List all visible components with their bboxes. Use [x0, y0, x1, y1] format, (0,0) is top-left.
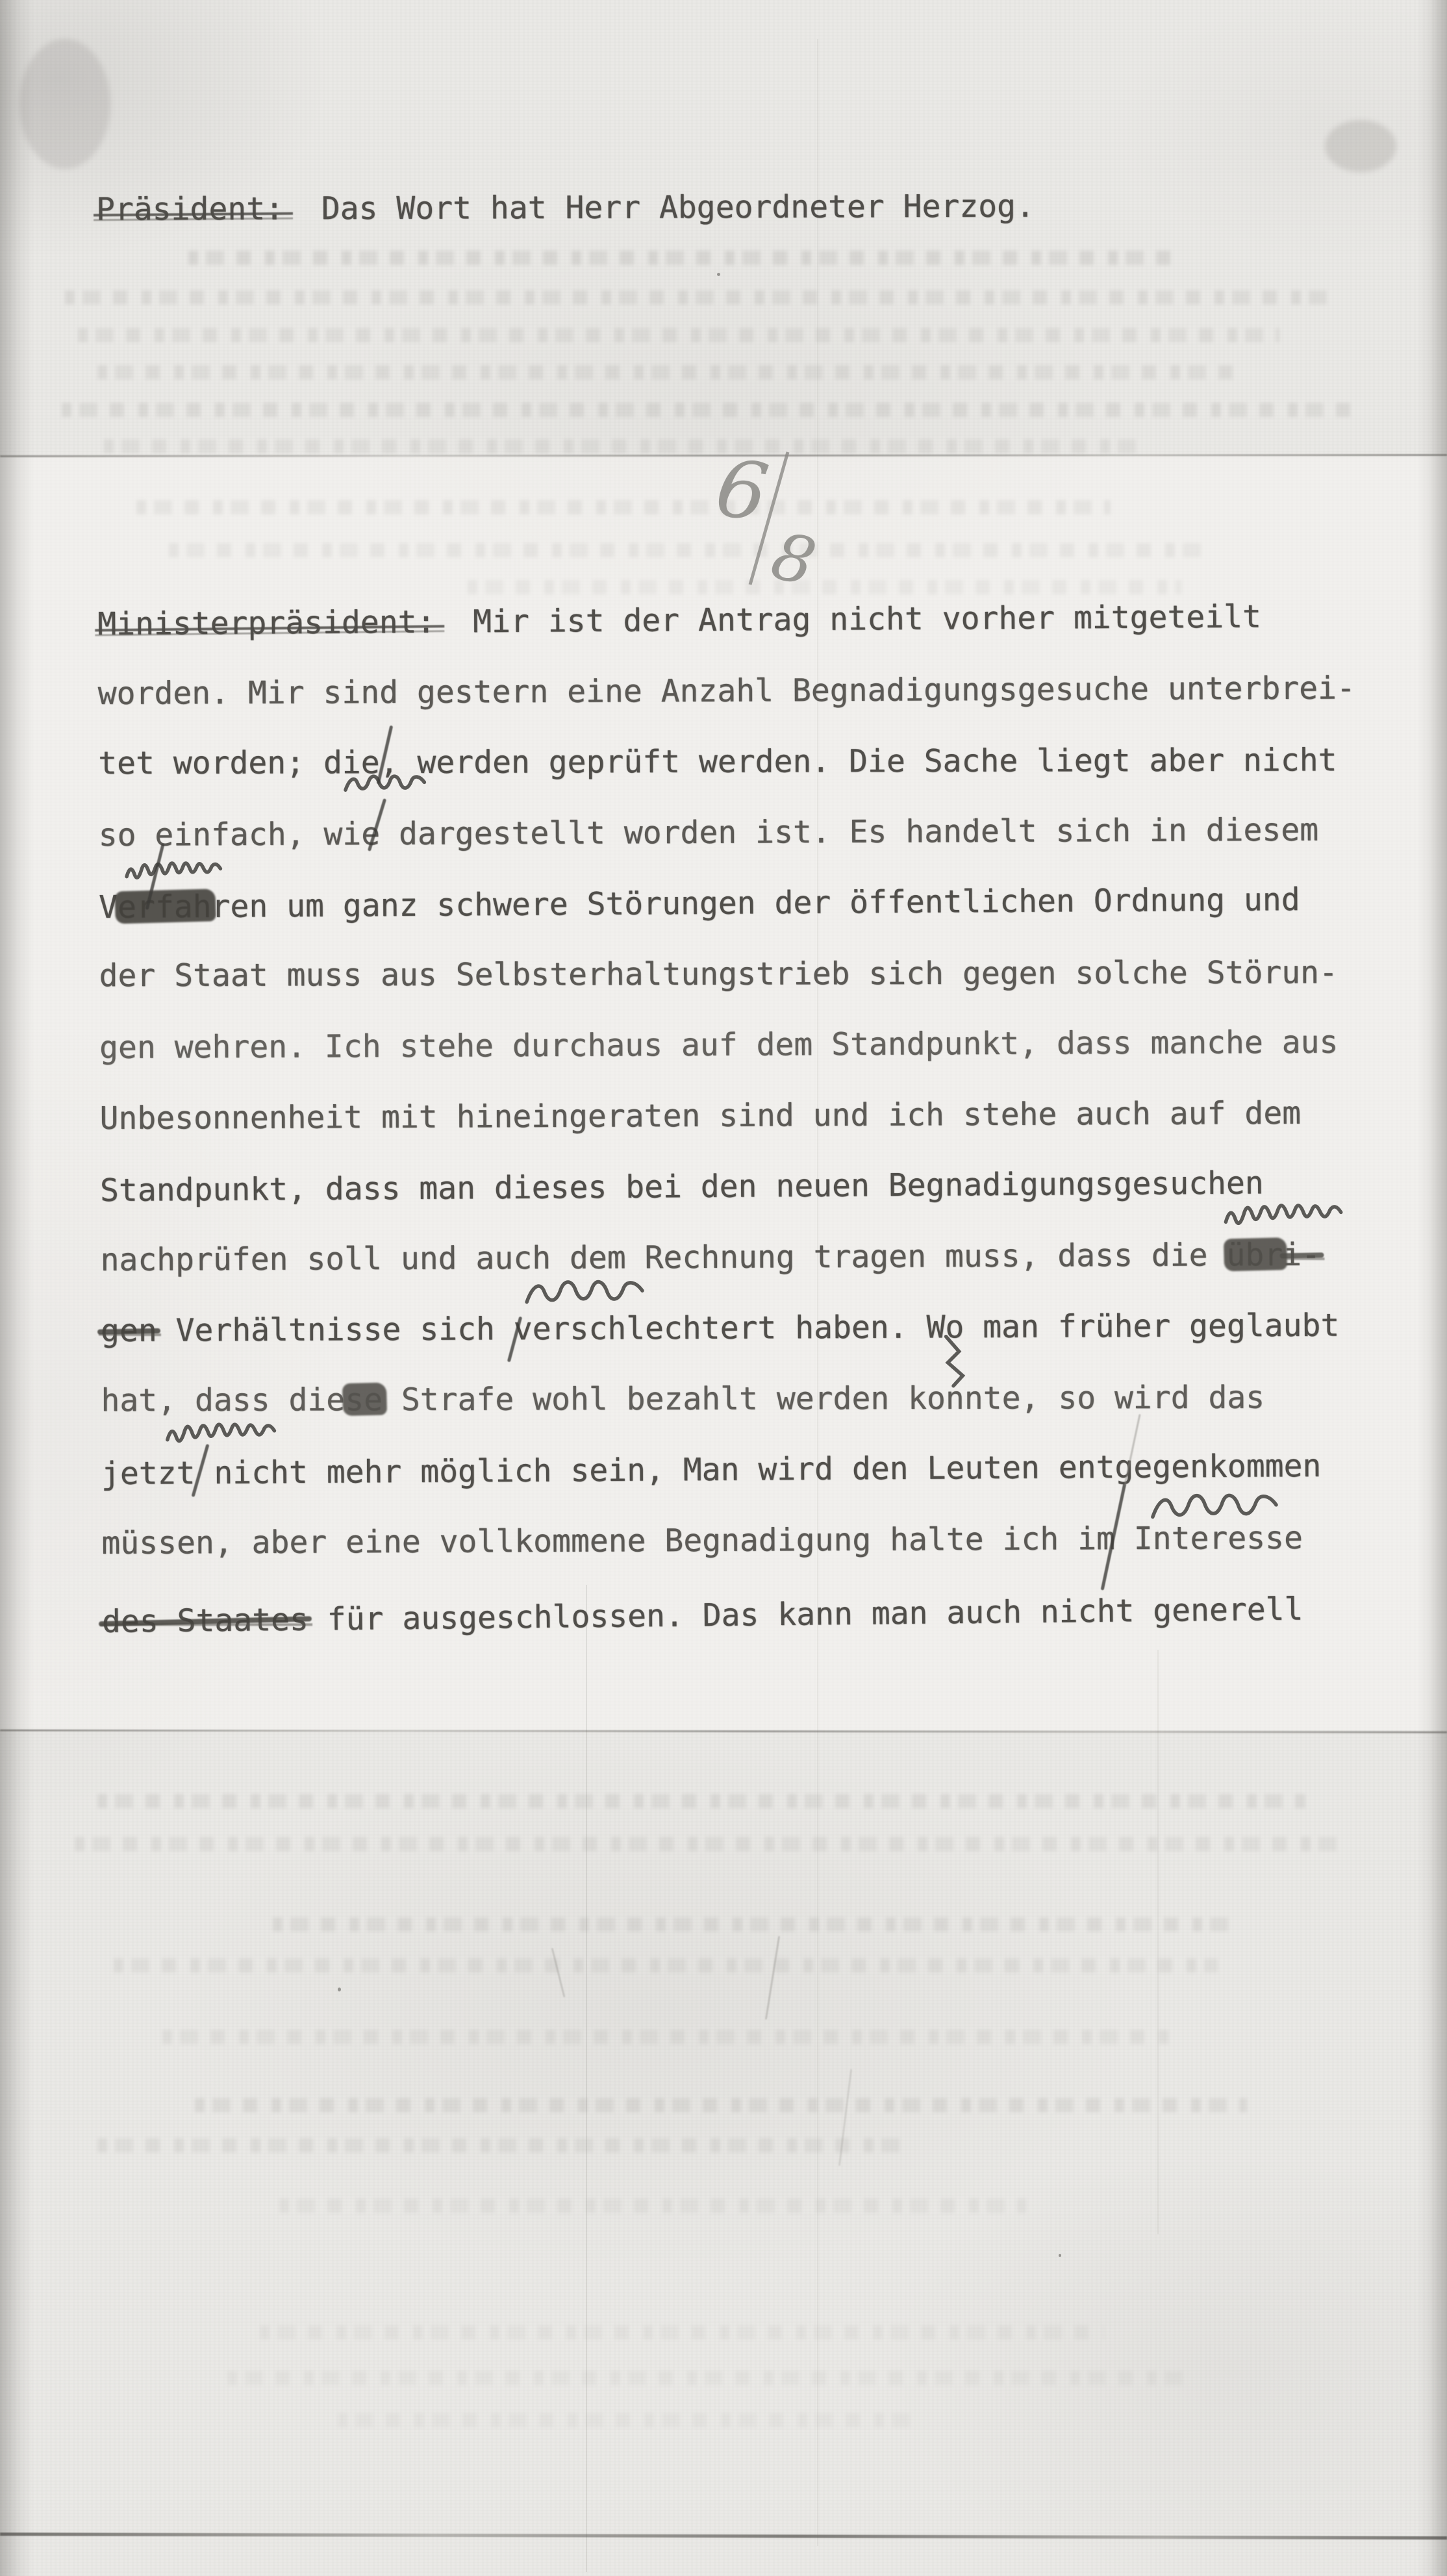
scanned-document-page: Präsident: Das Wort hat Herr Abgeordnete… — [0, 0, 1447, 2576]
bleedthrough-text-line — [97, 1794, 1305, 1808]
fraction-slash — [750, 452, 788, 585]
typed-line: worden. Mir sind gestern eine Anzahl Beg… — [97, 653, 1355, 729]
vertical-crease — [1157, 1650, 1159, 2234]
bleedthrough-text-line — [162, 2030, 1169, 2044]
bleedthrough-text-line — [75, 1837, 1341, 1851]
paste-seam-top — [0, 454, 1447, 457]
ink-speck — [1059, 2254, 1061, 2257]
left-edge-shadow — [0, 0, 34, 2576]
ink-speck — [338, 1988, 341, 1991]
typed-line: so einfach, wie dargestellt worden ist. … — [98, 795, 1356, 871]
speaker-name: Ministerpräsident: — [97, 604, 436, 642]
blotted-text: übr — [1226, 1237, 1283, 1273]
bleedthrough-text-line — [260, 2325, 1104, 2340]
typed-text: nachprüfen soll und auch dem Rechnung tr… — [100, 1237, 1226, 1278]
typed-line: der Staat muss aus Selbsterhaltungstrieb… — [99, 937, 1356, 1011]
vertical-crease — [586, 1585, 587, 2572]
paste-seam-middle — [0, 1729, 1447, 1733]
bleedthrough-text-line — [62, 403, 1361, 417]
typed-line: Verfahren um ganz schwere Störungen der … — [99, 865, 1357, 944]
typed-line: gen wehren. Ich stehe durchaus auf dem S… — [99, 1007, 1357, 1083]
blotted-text: erfah — [118, 889, 212, 926]
speaker-name-president: Präsident: — [96, 191, 284, 228]
bleedthrough-text-line — [338, 2413, 922, 2427]
bleedthrough-text-line — [78, 328, 1279, 342]
right-edge-shadow — [1417, 0, 1447, 2576]
typed-text: tet worden; die, werden geprüft werden. … — [98, 742, 1337, 781]
bleedthrough-text-line — [279, 2199, 1026, 2213]
typed-text: Standpunkt, dass man dieses bei den neue… — [100, 1165, 1264, 1209]
bleedthrough-text-line — [227, 2371, 1189, 2385]
typed-text: worden. Mir sind gestern eine Anzahl Beg… — [98, 670, 1355, 712]
typed-line: jetzt nicht mehr möglich sein, Man wird … — [101, 1431, 1359, 1510]
pencil-smudge — [1325, 120, 1396, 172]
typed-text: Verhältnisse sich verschlechtert haben. … — [157, 1307, 1340, 1349]
typed-text: Unbesonnenheit mit hineingeraten sind un… — [99, 1095, 1301, 1137]
typed-line: tet worden; die, werden geprüft werden. … — [98, 725, 1355, 799]
typed-text: ren um ganz schwere Störungen der öffent… — [211, 881, 1300, 925]
typed-text: so einfach, wie dargestellt worden ist. … — [99, 812, 1319, 853]
typed-text: Mir ist der Antrag nicht vorher mitgetei… — [435, 598, 1261, 640]
typed-paragraph: Ministerpräsident: Mir ist der Antrag ni… — [97, 583, 1359, 1650]
typed-line: Unbesonnenheit mit hineingeraten sind un… — [99, 1078, 1357, 1154]
bleedthrough-text-line — [136, 500, 1111, 514]
struck-text: des Staates — [102, 1602, 308, 1640]
struck-text: i- — [1283, 1237, 1320, 1273]
blotted-text: se — [345, 1382, 383, 1418]
typed-line: hat, dass diese Strafe wohl bezahlt werd… — [101, 1362, 1358, 1436]
bleedthrough-text-line — [97, 365, 1234, 379]
typed-line: Ministerpräsident: Mir ist der Antrag ni… — [97, 581, 1355, 661]
typed-text: hat, dass die — [101, 1382, 345, 1419]
typed-text: Strafe wohl bezahlt werden konnte, so wi… — [383, 1380, 1265, 1419]
bleedthrough-text-line — [188, 251, 1176, 265]
heading-line: Präsident: Das Wort hat Herr Abgeordnete… — [96, 188, 1035, 227]
bleedthrough-text-line — [195, 2098, 1247, 2112]
bleedthrough-text-line — [65, 290, 1338, 305]
heading-text: Das Wort hat Herr Abgeordneter Herzog. — [284, 188, 1035, 227]
typed-line: des Staates für ausgeschlossen. Das kann… — [101, 1574, 1359, 1658]
bleedthrough-text-line — [273, 1917, 1234, 1932]
typed-text: müssen, aber eine vollkommene Begnadigun… — [101, 1520, 1303, 1561]
pencil-stroke — [838, 2069, 852, 2166]
bleedthrough-text-line — [114, 1958, 1218, 1973]
pencil-stroke — [765, 1936, 780, 2020]
pencil-stroke — [551, 1948, 566, 1997]
paste-seam-bottom — [0, 2532, 1447, 2540]
typed-text: jetzt nicht mehr möglich sein, Man wird … — [101, 1448, 1322, 1492]
edge-smudge — [19, 39, 110, 169]
typed-line: gen Verhältnisse sich verschlechtert hab… — [101, 1291, 1359, 1367]
typed-line: nachprüfen soll und auch dem Rechnung tr… — [100, 1220, 1358, 1296]
bleedthrough-text-line — [169, 543, 1208, 557]
bleedthrough-text-line — [97, 2138, 909, 2153]
typed-text: für ausgeschlossen. Das kann man auch ni… — [308, 1591, 1303, 1638]
bleedthrough-text-line — [104, 439, 1143, 453]
ink-speck — [717, 273, 720, 276]
typed-line: müssen, aber eine vollkommene Begnadigun… — [101, 1503, 1359, 1579]
handwritten-page-note: 6 8 — [685, 440, 867, 596]
typed-text: der Staat muss aus Selbsterhaltungstrieb… — [99, 954, 1338, 994]
struck-text: gen — [101, 1313, 157, 1349]
typed-line: Standpunkt, dass man dieses bei den neue… — [100, 1148, 1358, 1227]
typed-text: gen wehren. Ich stehe durchaus auf dem S… — [99, 1024, 1339, 1066]
